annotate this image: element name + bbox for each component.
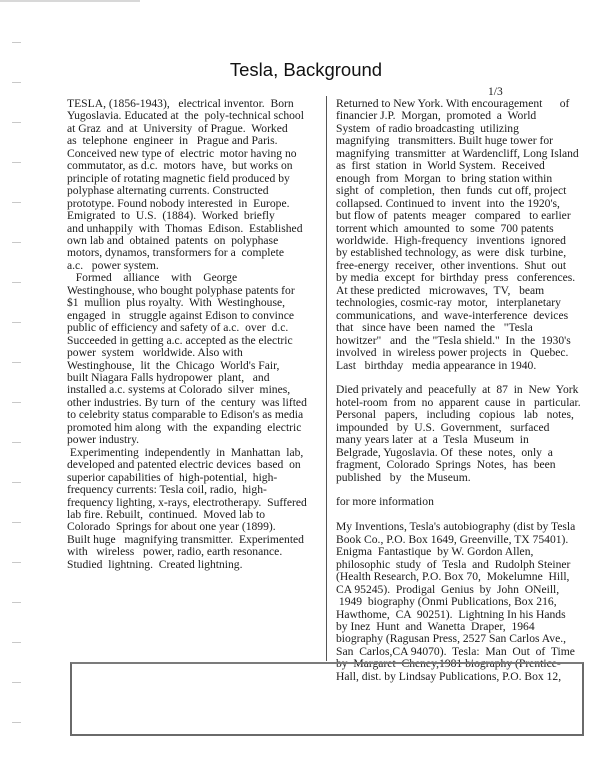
- margin-mark: [12, 402, 21, 403]
- margin-mark: [12, 362, 21, 363]
- text-line: public of efficiency and safety of a.c. …: [67, 322, 325, 334]
- reference-line: 1949 biography (Onmi Publications, Box 2…: [336, 596, 606, 608]
- text-line: polyphase alternating currents. Construc…: [67, 185, 325, 197]
- margin-mark: [12, 642, 21, 643]
- text-line: that since have been named the "Tesla: [336, 322, 606, 334]
- text-line: Studied lightning. Created lightning.: [67, 559, 325, 571]
- reference-line: My Inventions, Tesla's autobiography (di…: [336, 521, 606, 533]
- reference-line: (Health Research, P.O. Box 70, Mokelumne…: [336, 571, 606, 583]
- text-line: power industry.: [67, 434, 325, 446]
- margin-mark: [12, 282, 21, 283]
- margin-mark: [12, 122, 21, 123]
- more-info-heading: for more information: [336, 496, 606, 508]
- text-line: commutator, as d.c. motors have, but wor…: [67, 160, 325, 172]
- text-line: published by the Museum.: [336, 472, 606, 484]
- text-line: fragment, Colorado Springs Notes, has be…: [336, 459, 606, 471]
- text-line: magnifying transmitters. Built huge towe…: [336, 135, 606, 147]
- text-line: but flow of patents meager compared to e…: [336, 210, 606, 222]
- text-line: sight of completion, then funds cut off,…: [336, 185, 606, 197]
- margin-mark: [12, 482, 21, 483]
- text-line: as telephone engineer in Prague and Pari…: [67, 135, 325, 147]
- reference-line: Enigma Fantastique by W. Gordon Allen,: [336, 546, 606, 558]
- margin-mark: [12, 322, 21, 323]
- column-divider: [326, 96, 327, 661]
- page-title: Tesla, Background: [0, 59, 612, 81]
- margin-mark: [12, 202, 21, 203]
- text-line: many years later at a Tesla Museum in: [336, 434, 606, 446]
- text-line: to celebrity status comparable to Edison…: [67, 409, 325, 421]
- text-line: Last birthday media appearance in 1940.: [336, 360, 606, 372]
- text-line: frequency currents: Tesla coil, radio, h…: [67, 484, 325, 496]
- margin-mark: [12, 162, 21, 163]
- margin-mark: [12, 602, 21, 603]
- text-line: technologies, cosmic-ray motor, interpla…: [336, 297, 606, 309]
- text-line: as first station in World System. Receiv…: [336, 160, 606, 172]
- margin-mark: [12, 82, 21, 83]
- text-line: involved in wireless power projects in Q…: [336, 347, 606, 359]
- text-line: Died privately and peacefully at 87 in N…: [336, 384, 606, 396]
- text-line: $1 mullion plus royalty. With Westinghou…: [67, 297, 325, 309]
- text-line: developed and patented electric devices …: [67, 459, 325, 471]
- margin-mark: [12, 722, 21, 723]
- right-column: Returned to New York. With encouragement…: [336, 98, 606, 683]
- text-line: Colorado Springs for about one year (189…: [67, 521, 325, 533]
- margin-mark: [12, 682, 21, 683]
- left-column: TESLA, (1856-1943), electrical inventor.…: [67, 98, 325, 571]
- text-line: Personal papers, including copious lab n…: [336, 409, 606, 421]
- text-line: with wireless power, radio, earth resona…: [67, 546, 325, 558]
- bottom-box: [70, 662, 584, 736]
- margin-mark: [12, 42, 21, 43]
- text-line: Formed alliance with George: [67, 272, 325, 284]
- margin-mark: [12, 242, 21, 243]
- text-line: Emigrated to U.S. (1884). Worked briefly: [67, 210, 325, 222]
- text-line: power system worldwide. Also with: [67, 347, 325, 359]
- scan-edge-mark: [0, 0, 140, 2]
- text-line: installed a.c. systems at Colorado silve…: [67, 384, 325, 396]
- margin-mark: [12, 562, 21, 563]
- margin-mark: [12, 442, 21, 443]
- margin-mark: [12, 522, 21, 523]
- text-line: by media except for birthday press confe…: [336, 272, 606, 284]
